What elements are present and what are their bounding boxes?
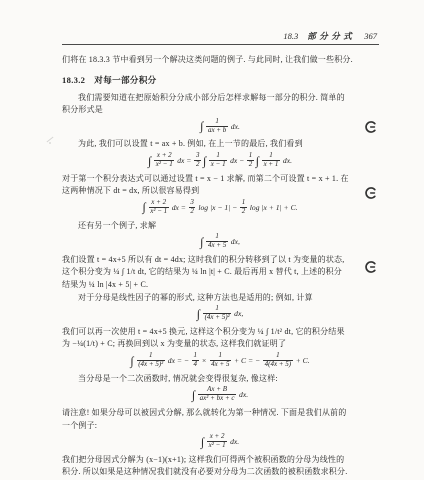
formula-text: + C. [296, 356, 310, 365]
integral-sign: ∫ [142, 201, 145, 213]
paragraph-line: 对于第一个积分表达式可以通过设置 t = x − 1 求解, 而第二个可设置 t… [62, 173, 379, 186]
fraction-denominator: 2 [247, 160, 254, 169]
formula-text: × [202, 356, 207, 365]
formula-text: dx = [172, 203, 186, 212]
formula-text: dx. [231, 122, 240, 131]
paragraph-line: 我们可以再一次使用 t = 4x+5 换元, 这样这个积分变为 ¼ ∫ 1/t²… [62, 326, 379, 339]
fraction: 32 [194, 152, 201, 169]
paragraph-line: 一个例子: [62, 420, 379, 433]
fraction-denominator: 4 [192, 360, 199, 369]
formula-text: dx. [230, 437, 239, 446]
fraction-numerator: x + 2 [151, 199, 166, 207]
paragraph-line: 这两种情况下 dt = dx, 所以很容易得到 [62, 185, 379, 198]
fraction: 14(4x + 5) [263, 352, 293, 369]
fraction: 32 [189, 199, 196, 216]
page-header: 18.3 部分分式 367 [62, 30, 379, 42]
fraction: 1x + 1 [262, 152, 280, 169]
fraction-denominator: x² − 1 [154, 160, 174, 169]
header-section-number: 18.3 [283, 31, 298, 41]
fraction: 1x − 1 [209, 152, 227, 169]
paragraph-line: 积分形式是 [62, 104, 379, 117]
fraction-numerator: 1 [276, 352, 280, 360]
paragraph-line: 我们设置 t = 4x+5 所以有 dt = 4dx; 这时我们的积分转移到了以… [62, 254, 379, 267]
header-rule [62, 44, 379, 45]
fraction: Ax + Bax² + bx + c [198, 386, 236, 403]
fraction-denominator: x + 1 [262, 160, 280, 169]
formula-text: dx = [177, 156, 191, 165]
fraction-numerator: 1 [215, 118, 219, 126]
paragraph-line: 还有另一个例子, 求解 [62, 220, 379, 233]
integral-sign: ∫ [200, 236, 203, 248]
fraction-denominator: 2 [189, 207, 196, 216]
text-column: 18.3 部分分式 367 们将在 18.3.3 节中看到另一个解决这类问题的例… [62, 30, 379, 479]
paragraph-line: 对于分母是线性因子的幂的形式, 这种方法也是适用的; 例如, 计算 [62, 292, 379, 305]
fraction: 12 [247, 152, 254, 169]
display-formula: ∫1ax + bdx. [62, 119, 379, 136]
paragraph-line: 积分. 所以如果是这种情况我们就没有必要对分母为二次函数的被积函数求积分. [62, 466, 379, 479]
fraction-numerator: x + 2 [157, 152, 172, 160]
formula-text: dx. [283, 156, 292, 165]
fraction-denominator: x² − 1 [207, 441, 227, 450]
fraction-denominator: 4x + 5 [210, 360, 231, 369]
fraction-denominator: ax + b [206, 126, 227, 135]
display-formula: ∫x + 2x² − 1dx =32log |x − 1| −12log |x … [62, 200, 379, 217]
integral-sign: ∫ [203, 155, 206, 167]
fraction-numerator: 1 [149, 352, 153, 360]
fraction: 14 [192, 352, 199, 369]
section-heading-title: 对每一部分积分 [94, 75, 156, 85]
paragraph-line: 当分母是一个二次函数时, 情况就会变得很复杂, 像这样: [62, 373, 379, 386]
fraction: 14x + 5 [206, 233, 227, 250]
display-formula: ∫x + 2x² − 1dx =32∫1x − 1dx −12∫1x + 1dx… [62, 153, 379, 170]
fraction-numerator: 1 [215, 233, 219, 241]
integral-sign: ∫ [201, 436, 204, 448]
fraction-numerator: 1 [249, 152, 253, 160]
fraction: 1(4x + 5)² [137, 352, 165, 369]
fraction: 1ax + b [206, 118, 227, 135]
formula-text: dx, [234, 309, 243, 318]
fraction-denominator: 4x + 5 [206, 241, 227, 250]
formula-text: dx. [239, 390, 248, 399]
fraction-numerator: 1 [216, 152, 220, 160]
formula-text: + C = − [234, 356, 260, 365]
fraction-denominator: (4x + 5)² [203, 313, 231, 322]
display-formula: ∫1(4x + 5)²dx, [62, 306, 379, 323]
paragraph-line: 我们需要知道在把原始积分分成小部分后怎样求解每一部分的积分. 简单的 [62, 92, 379, 105]
fraction-numerator: 1 [219, 352, 223, 360]
display-formula: ∫x + 2x² − 1dx. [62, 434, 379, 451]
paragraph-line: 我们把分母因式分解为 (x−1)(x+1); 这样我们可得两个被积函数的分母为线… [62, 454, 379, 467]
fraction: 14x + 5 [210, 352, 231, 369]
integral-sign: ∫ [256, 155, 259, 167]
page: 18.3 部分分式 367 们将在 18.3.3 节中看到另一个解决这类问题的例… [0, 0, 424, 480]
fraction-numerator: 1 [269, 152, 273, 160]
paragraph-line: 请注意! 如果分母可以被因式分解, 那么就转化为第一种情况. 下面是我们从前的 [62, 407, 379, 420]
fraction-numerator: x + 2 [210, 433, 225, 441]
integral-sign: ∫ [192, 389, 195, 401]
formula-text: log |x − 1| − [198, 203, 237, 212]
display-formula: ∫14x + 5dx, [62, 234, 379, 251]
header-chapter-title: 部分分式 [307, 30, 355, 42]
fraction-denominator: 4(4x + 5) [263, 360, 293, 369]
section-heading: 18.3.2对每一部分积分 [62, 74, 379, 86]
formula-text: log |x + 1| + C. [250, 203, 298, 212]
scan-artifact-dot [49, 142, 51, 144]
fraction-numerator: 1 [242, 199, 246, 207]
integral-sign: ∫ [148, 155, 151, 167]
fraction-denominator: x − 1 [209, 160, 227, 169]
paragraph-line: 结果为 ¼ ln |4x + 5| + C. [62, 279, 379, 292]
fraction-numerator: 1 [215, 305, 219, 313]
integral-sign: ∫ [197, 308, 200, 320]
integral-sign: ∫ [130, 355, 133, 367]
fraction: x + 2x² − 1 [149, 199, 169, 216]
formula-text: dx − [230, 156, 244, 165]
fraction: x + 2x² − 1 [207, 433, 227, 450]
paragraph-line: 这个积分变为 ¼ ∫ 1/t dt, 它的结果为 ¼ ln |t| + C. 最… [62, 266, 379, 279]
page-number: 367 [364, 31, 377, 41]
display-formula: ∫Ax + Bax² + bx + cdx. [62, 387, 379, 404]
formula-text: dx = − [168, 356, 189, 365]
fraction-numerator: Ax + B [207, 386, 227, 394]
fraction: 12 [240, 199, 247, 216]
fraction-numerator: 3 [190, 199, 194, 207]
fraction-denominator: ax² + bx + c [198, 394, 236, 403]
fraction: 1(4x + 5)² [203, 305, 231, 322]
fraction-denominator: 2 [240, 207, 247, 216]
paragraph-line: 为此, 我们可以设置 t = ax + b. 例如, 在上一节的最后, 我们看到 [62, 138, 379, 151]
fraction: x + 2x² − 1 [154, 152, 174, 169]
fraction-numerator: 1 [194, 352, 198, 360]
fraction-denominator: 2 [194, 160, 201, 169]
paragraph-line: 们将在 18.3.3 节中看到另一个解决这类问题的例子. 与此同时, 让我们做一… [62, 54, 379, 67]
section-heading-number: 18.3.2 [62, 75, 85, 85]
display-formula: ∫1(4x + 5)²dx = −14×14x + 5+ C = −14(4x … [62, 353, 379, 370]
fraction-denominator: x² − 1 [149, 207, 169, 216]
integral-sign: ∫ [200, 120, 203, 132]
scan-artifact [46, 136, 54, 144]
fraction-numerator: 3 [196, 152, 200, 160]
paragraph-line: 为 −¼(1/t) + C; 再换回到以 x 为变量的状态, 这样我们就证明了 [62, 338, 379, 351]
formula-text: dx, [231, 237, 240, 246]
fraction-denominator: (4x + 5)² [137, 360, 165, 369]
